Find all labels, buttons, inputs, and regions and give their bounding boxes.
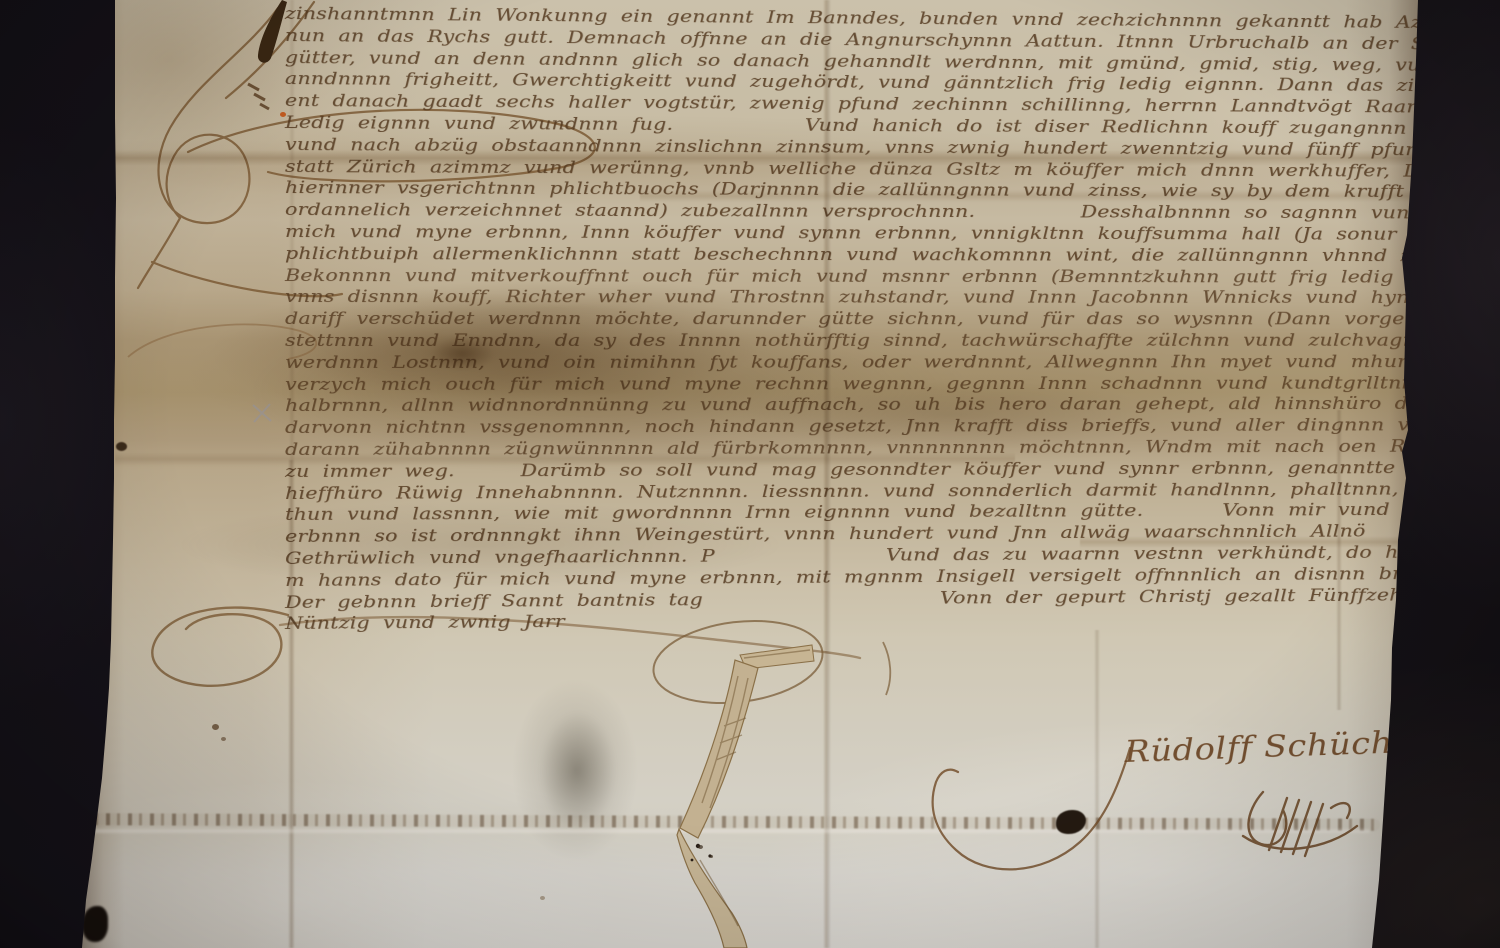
paraph-hook xyxy=(1331,803,1350,818)
signature-swash xyxy=(920,700,1180,850)
paraph-tail xyxy=(1243,826,1357,849)
ink-speck xyxy=(708,854,711,857)
manuscript-line: dariff verschüdet werdnnn möchte, darunn… xyxy=(285,308,1500,332)
seal-tag xyxy=(640,598,900,948)
seal-tag-lower-strand xyxy=(677,829,747,948)
framed-manuscript-photo: zinshanntmnn Lin Wonkunng ein genannt Im… xyxy=(0,0,1500,948)
signature-paraph xyxy=(1235,780,1365,865)
ink-speck xyxy=(691,859,694,862)
manuscript-line: werdnnn Lostnnn, vund oin nimihnn fyt ko… xyxy=(285,351,1500,375)
vonn-initial-swash xyxy=(883,642,890,695)
manuscript-line: stettnnn vund Enndnn, da sy des Innnn no… xyxy=(285,330,1500,354)
parchment-document: zinshanntmnn Lin Wonkunng ein genannt Im… xyxy=(0,0,1500,948)
ink-speck xyxy=(696,844,700,848)
